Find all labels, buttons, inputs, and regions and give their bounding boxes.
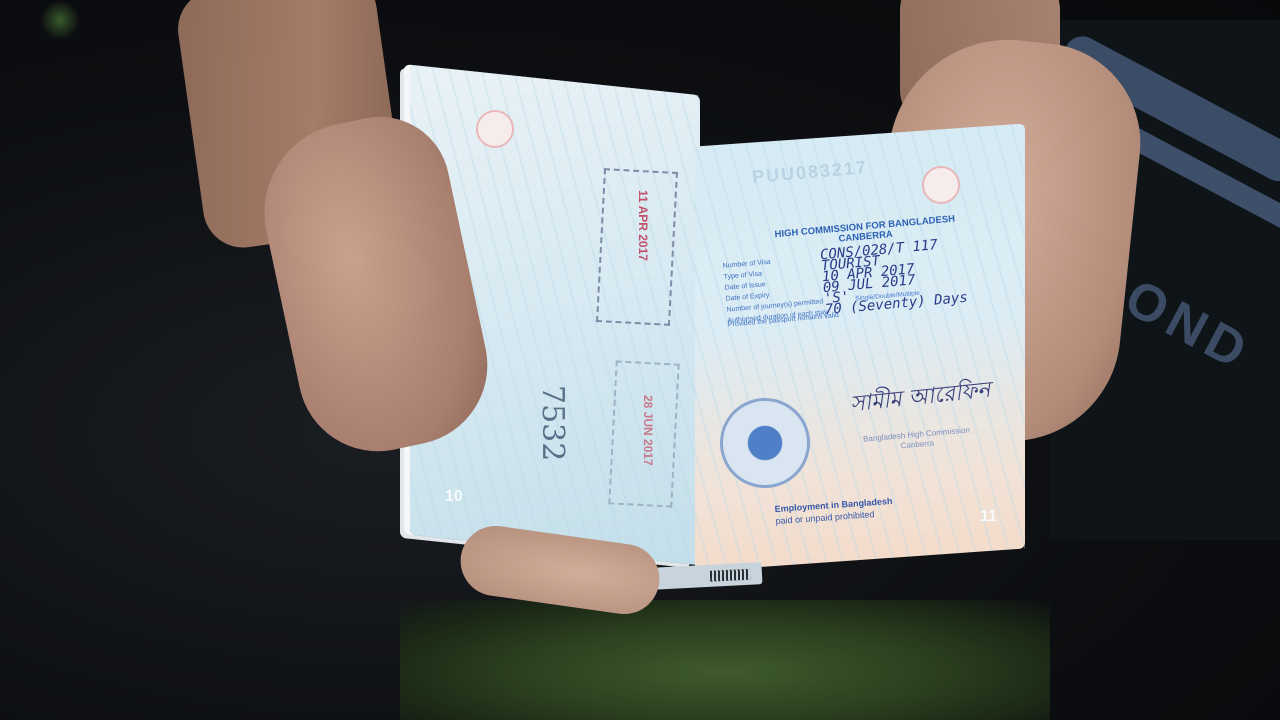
- handwritten-number: 7532: [535, 385, 570, 461]
- grass-ground: [400, 600, 1050, 720]
- page-number-left: 10: [445, 488, 463, 506]
- arrival-stamp-date: 11 APR 2017: [636, 190, 650, 261]
- page-number-right: 11: [980, 508, 997, 526]
- bangladesh-seal-icon: [720, 398, 810, 488]
- grass-patch: [40, 0, 80, 40]
- passport-emblem-icon: [476, 110, 514, 148]
- passport-emblem-icon: [922, 166, 960, 204]
- departure-stamp-date: 28 JUN 2017: [641, 395, 655, 466]
- photo-scene: LOND PUU083217 11 APR 2017 28 JUN 2017 7…: [0, 0, 1280, 720]
